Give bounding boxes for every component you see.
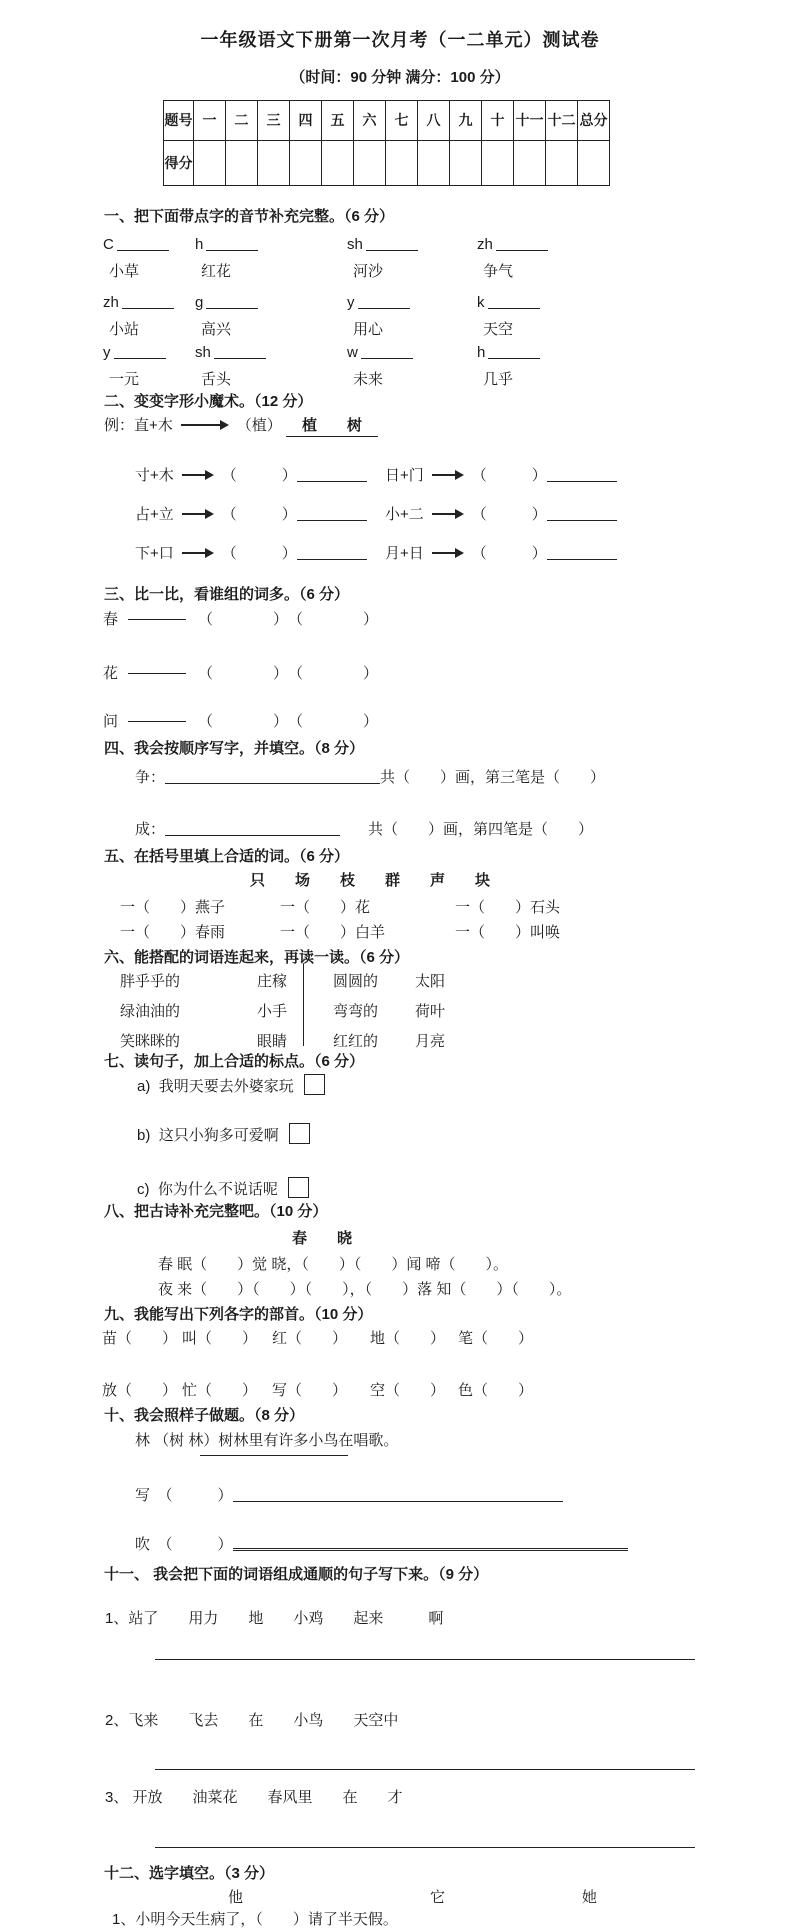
- word-label: 红花: [195, 260, 347, 281]
- magic-item: 日+门（ ）: [385, 464, 755, 485]
- word-label: 河沙: [347, 260, 477, 281]
- score-table-header-cell: 七: [386, 101, 418, 141]
- radical-item[interactable]: 放（ ）: [102, 1379, 182, 1400]
- score-cell[interactable]: [386, 141, 418, 186]
- radical-row: 放（ ） 忙（ ） 写（ ） 空（ ） 色（ ）: [102, 1379, 762, 1400]
- section-3-title: 三、比一比，看谁组的词多。（6 分）: [104, 583, 349, 604]
- adjective-right[interactable]: 弯弯的: [333, 1000, 415, 1021]
- section-2-title: 二、变变字形小魔术。（12 分）: [104, 390, 312, 411]
- magic-item: 小+二（ ）: [385, 503, 755, 524]
- arrow-icon: [182, 474, 212, 476]
- sentence-item: 写 （ ）: [135, 1484, 563, 1505]
- base-char: 春: [103, 611, 118, 628]
- sentence-text: 我明天要去外婆家玩: [159, 1078, 294, 1095]
- poem-line[interactable]: 春 眠（ ）觉 晓，（ ）（ ）闻 啼（ ）。: [158, 1253, 508, 1274]
- section-11-title: 十一、 我会把下面的词语组成通顺的句子写下来。（9 分）: [104, 1563, 488, 1584]
- score-cell[interactable]: [514, 141, 546, 186]
- adjective-right[interactable]: 红红的: [333, 1030, 415, 1051]
- score-table-header-cell: 三: [258, 101, 290, 141]
- word-label: 一元: [103, 368, 195, 389]
- answer-brackets[interactable]: （ ）: [472, 506, 547, 523]
- section-7-title: 七、读句子，加上合适的标点。（6 分）: [104, 1050, 364, 1071]
- word-label: 天空: [477, 318, 723, 339]
- answer-brackets[interactable]: （ ）: [222, 506, 297, 523]
- answer-line[interactable]: [547, 545, 617, 560]
- word-list: 2、飞来 飞去 在 小鸟 天空中: [105, 1709, 398, 1730]
- score-table-header-cell: 十二: [546, 101, 578, 141]
- answer-line[interactable]: [547, 467, 617, 482]
- pinyin-initial: g: [195, 294, 203, 311]
- noun-left[interactable]: 眼睛: [257, 1030, 333, 1051]
- pinyin-answer-blank[interactable]: [117, 236, 169, 251]
- sentence-text: 你为什么不说话呢: [158, 1181, 278, 1198]
- time-score-info: （时间：90 分钟 满分：100 分）: [0, 66, 800, 87]
- answer-brackets[interactable]: （ ）: [222, 545, 297, 562]
- magic-item: 月+日（ ）: [385, 542, 755, 563]
- matching-grid: 胖乎乎的庄稼圆圆的太阳 绿油油的小手弯弯的荷叶 笑眯眯的眼睛红红的月亮: [120, 970, 680, 1051]
- section-6-title: 六、能搭配的词语连起来，再读一读。（6 分）: [104, 946, 409, 967]
- score-table-header-cell: 总分: [578, 101, 610, 141]
- pronoun-choices: 他 它 她: [228, 1886, 648, 1907]
- pinyin-initial: w: [347, 344, 358, 361]
- answer-line[interactable]: [297, 506, 367, 521]
- radical-row: 苗（ ） 叫（ ） 红（ ） 地（ ） 笔（ ）: [102, 1327, 762, 1348]
- dash-line: [128, 721, 186, 722]
- punctuation-item: b) 这只小狗多可爱啊: [137, 1123, 310, 1145]
- pinyin-answer-blank[interactable]: [488, 344, 540, 359]
- target-char: 写: [135, 1487, 150, 1504]
- score-table-corner: 题号: [164, 101, 194, 141]
- arrow-icon: [432, 513, 462, 515]
- section-12-title: 十二、选字填空。（3 分）: [104, 1862, 274, 1883]
- punctuation-item: c) 你为什么不说话呢: [137, 1177, 309, 1199]
- word-label: 高兴: [195, 318, 347, 339]
- example-word: 植 树: [286, 417, 378, 437]
- char-expression: 日+门: [385, 467, 424, 484]
- pinyin-initial: k: [477, 294, 485, 311]
- word-building-item: 花（ ） （ ）: [103, 662, 378, 683]
- stroke-answer-line[interactable]: [165, 821, 340, 836]
- pinyin-initial: sh: [347, 236, 363, 253]
- answer-brackets[interactable]: （ ） （ ）: [198, 611, 378, 628]
- radical-item[interactable]: 地（ ）: [370, 1327, 458, 1348]
- arrow-icon: [182, 513, 212, 515]
- noun-left[interactable]: 小手: [257, 1000, 333, 1021]
- answer-brackets[interactable]: （ ）: [165, 1536, 233, 1553]
- measure-word-item[interactable]: 一（ ）白羊: [280, 921, 455, 942]
- pinyin-item: sh 河沙: [347, 236, 477, 281]
- pinyin-item: C 小草: [103, 236, 195, 281]
- char-expression: 小+二: [385, 506, 424, 523]
- score-table-header-cell: 五: [322, 101, 354, 141]
- pinyin-item: y 一元: [103, 344, 195, 389]
- answer-brackets[interactable]: （ ） （ ）: [198, 713, 378, 730]
- magic-items: 寸+木（ ） 日+门（ ） 占+立（ ） 小+二（ ） 下+口（ ） 月+日（ …: [135, 464, 755, 563]
- pinyin-initial: zh: [103, 294, 119, 311]
- pinyin-answer-blank[interactable]: [366, 236, 418, 251]
- question-number-row: 题号 一 二 三 四 五 六 七 八 九 十 十一 十二 总分: [164, 101, 610, 141]
- noun-right[interactable]: 荷叶: [415, 1000, 680, 1021]
- arrow-icon: [432, 552, 462, 554]
- arrow-icon: [432, 474, 462, 476]
- section-10-title: 十、我会照样子做题。（8 分）: [104, 1404, 304, 1425]
- word-building-item: 问（ ） （ ）: [103, 710, 378, 731]
- item-label: c): [137, 1181, 150, 1198]
- char-expression: 下+口: [135, 545, 174, 562]
- column-divider: [303, 964, 304, 1046]
- pronoun-choice[interactable]: 她: [582, 1886, 648, 1907]
- measure-word-row: 一（ ）春雨 一（ ）白羊 一（ ）叫唤: [120, 921, 760, 942]
- dash-line: [128, 619, 186, 620]
- pinyin-item: zh 小站: [103, 294, 195, 339]
- measure-word-item[interactable]: 一（ ）叫唤: [455, 921, 760, 942]
- score-table-header-cell: 九: [450, 101, 482, 141]
- pinyin-answer-blank[interactable]: [214, 344, 266, 359]
- char-expression: 寸+木: [135, 467, 174, 484]
- target-char: 吹: [135, 1536, 150, 1553]
- section-1-title: 一、把下面带点字的音节补充完整。（6 分）: [104, 205, 394, 226]
- answer-brackets[interactable]: （ ）: [222, 467, 297, 484]
- radical-item[interactable]: 写（ ）: [272, 1379, 370, 1400]
- char-expression: 月+日: [385, 545, 424, 562]
- section-4-title: 四、我会按顺序写字，并填空。（8 分）: [104, 737, 364, 758]
- stroke-question: 共（ ）画，第四笔是（ ）: [368, 821, 593, 838]
- pinyin-initial: sh: [195, 344, 211, 361]
- pinyin-initial: y: [347, 294, 355, 311]
- answer-line[interactable]: [297, 545, 367, 560]
- magic-item: 寸+木（ ）: [135, 464, 385, 485]
- score-cell[interactable]: [450, 141, 482, 186]
- pronoun-choice[interactable]: 他: [228, 1886, 430, 1907]
- item-label: b): [137, 1127, 150, 1144]
- pinyin-initial: C: [103, 236, 114, 253]
- score-cell[interactable]: [194, 141, 226, 186]
- score-cell[interactable]: [226, 141, 258, 186]
- adjective-left[interactable]: 绿油油的: [120, 1000, 257, 1021]
- answer-line[interactable]: [155, 1646, 695, 1660]
- pinyin-item: y 用心: [347, 294, 477, 339]
- pinyin-answer-blank[interactable]: [114, 344, 166, 359]
- example-underline: [200, 1446, 348, 1456]
- sentence-text: 这只小狗多可爱啊: [159, 1127, 279, 1144]
- pinyin-answer-blank[interactable]: [122, 294, 174, 309]
- pinyin-initial: h: [477, 344, 485, 361]
- answer-brackets[interactable]: （ ） （ ）: [198, 665, 378, 682]
- base-char: 花: [103, 665, 118, 682]
- word-label: 几乎: [477, 368, 723, 389]
- score-cell[interactable]: [482, 141, 514, 186]
- score-cell[interactable]: [322, 141, 354, 186]
- score-table-header-cell: 四: [290, 101, 322, 141]
- pinyin-answer-blank[interactable]: [496, 236, 548, 251]
- section-9-title: 九、我能写出下列各字的部首。（10 分）: [104, 1303, 372, 1324]
- radical-item[interactable]: 笔（ ）: [458, 1327, 762, 1348]
- page-title: 一年级语文下册第一次月考（一二单元）测试卷: [0, 26, 800, 52]
- word-label: 用心: [347, 318, 477, 339]
- pinyin-row: zh 小站 g 高兴 y 用心 k 天空: [103, 294, 723, 339]
- word-label: 争气: [477, 260, 723, 281]
- answer-line[interactable]: [155, 1756, 695, 1770]
- radical-item[interactable]: 苗（ ）: [102, 1327, 182, 1348]
- word-list: 1、站了 用力 地 小鸡 起来 啊: [105, 1607, 443, 1628]
- punctuation-box[interactable]: [288, 1177, 309, 1198]
- stroke-order-item: 争：共（ ）画，第三笔是（ ）: [135, 766, 605, 787]
- answer-line[interactable]: [155, 1834, 695, 1848]
- score-cell[interactable]: [578, 141, 610, 186]
- pinyin-item: g 高兴: [195, 294, 347, 339]
- score-cell[interactable]: [354, 141, 386, 186]
- noun-left[interactable]: 庄稼: [257, 970, 333, 991]
- dash-line: [128, 673, 186, 674]
- stroke-answer-line[interactable]: [165, 769, 380, 784]
- measure-word-item[interactable]: 一（ ）燕子: [120, 896, 280, 917]
- answer-brackets[interactable]: （ ）: [472, 467, 547, 484]
- word-label: 舌头: [195, 368, 347, 389]
- section-8-title: 八、把古诗补充完整吧。（10 分）: [104, 1200, 327, 1221]
- word-list: 3、 开放 油菜花 春风里 在 才: [105, 1786, 403, 1807]
- pinyin-answer-blank[interactable]: [206, 294, 258, 309]
- pinyin-item: k 天空: [477, 294, 723, 339]
- answer-line[interactable]: [547, 506, 617, 521]
- stroke-order-item: 成：共（ ）画，第四笔是（ ）: [135, 818, 593, 839]
- pinyin-item: sh 舌头: [195, 344, 347, 389]
- score-table-header-cell: 六: [354, 101, 386, 141]
- pinyin-initial: zh: [477, 236, 493, 253]
- arrow-icon: [181, 424, 227, 426]
- pinyin-item: h 几乎: [477, 344, 723, 389]
- noun-right[interactable]: 太阳: [415, 970, 680, 991]
- answer-line[interactable]: [297, 467, 367, 482]
- word-label: 小草: [103, 260, 195, 281]
- word-label: 未来: [347, 368, 477, 389]
- test-paper: { "header": { "title": "一年级语文下册第一次月考（一二单…: [0, 0, 800, 1932]
- score-table-header-cell: 十: [482, 101, 514, 141]
- magic-example: 例：直+木（植） 植 树: [104, 414, 378, 435]
- radical-item[interactable]: 色（ ）: [458, 1379, 762, 1400]
- pinyin-row: y 一元 sh 舌头 w 未来 h 几乎: [103, 344, 723, 389]
- measure-word-item[interactable]: 一（ ）花: [280, 896, 455, 917]
- score-cell[interactable]: [258, 141, 290, 186]
- pinyin-initial: h: [195, 236, 203, 253]
- score-table-header-cell: 十一: [514, 101, 546, 141]
- item-label: a): [137, 1078, 150, 1095]
- poem-title: 春 晓: [292, 1227, 352, 1248]
- pinyin-answer-blank[interactable]: [488, 294, 540, 309]
- answer-line[interactable]: [233, 1487, 563, 1502]
- target-char: 成：: [135, 821, 165, 838]
- pinyin-answer-blank[interactable]: [206, 236, 258, 251]
- score-table: 题号 一 二 三 四 五 六 七 八 九 十 十一 十二 总分 得分: [163, 100, 610, 186]
- score-cell[interactable]: [290, 141, 322, 186]
- pinyin-item: zh 争气: [477, 236, 723, 281]
- sentence-item: 吹 （ ）: [135, 1533, 628, 1554]
- base-char: 问: [103, 713, 118, 730]
- pinyin-item: w 未来: [347, 344, 477, 389]
- answer-line[interactable]: [233, 1536, 628, 1551]
- score-row: 得分: [164, 141, 610, 186]
- adjective-right[interactable]: 圆圆的: [333, 970, 415, 991]
- punctuation-item: a) 我明天要去外婆家玩: [137, 1074, 325, 1096]
- score-cell[interactable]: [546, 141, 578, 186]
- pinyin-answer-blank[interactable]: [358, 294, 410, 309]
- pinyin-row: C 小草 h 红花 sh 河沙 zh 争气: [103, 236, 723, 281]
- measure-word-item[interactable]: 一（ ）春雨: [120, 921, 280, 942]
- arrow-icon: [182, 552, 212, 554]
- radical-item[interactable]: 叫（ ）: [182, 1327, 272, 1348]
- score-table-header-cell: 二: [226, 101, 258, 141]
- pinyin-item: h 红花: [195, 236, 347, 281]
- example-answer: （植）: [237, 417, 282, 434]
- radical-item[interactable]: 红（ ）: [272, 1327, 370, 1348]
- magic-item: 下+口（ ）: [135, 542, 385, 563]
- noun-right[interactable]: 月亮: [415, 1030, 680, 1051]
- poem-line[interactable]: 夜 来（ ）（ ）（ ），（ ）落 知（ ）（ ）。: [158, 1278, 571, 1299]
- pinyin-answer-blank[interactable]: [361, 344, 413, 359]
- score-table-header-cell: 一: [194, 101, 226, 141]
- pronoun-choice[interactable]: 它: [430, 1886, 582, 1907]
- measure-word-item[interactable]: 一（ ）石头: [455, 896, 760, 917]
- adjective-left[interactable]: 胖乎乎的: [120, 970, 257, 991]
- adjective-left[interactable]: 笑眯眯的: [120, 1030, 257, 1051]
- measure-word-bank: 只 场 枝 群 声 块: [250, 869, 490, 890]
- fill-in-sentence[interactable]: 1、小明今天生病了，（ ）请了半天假。: [112, 1908, 398, 1929]
- score-row-label: 得分: [164, 141, 194, 186]
- radical-item[interactable]: 空（ ）: [370, 1379, 458, 1400]
- measure-word-row: 一（ ）燕子 一（ ）花 一（ ）石头: [120, 896, 760, 917]
- answer-brackets[interactable]: （ ）: [165, 1487, 233, 1504]
- target-char: 争：: [135, 769, 165, 786]
- radical-item[interactable]: 忙（ ）: [182, 1379, 272, 1400]
- pinyin-initial: y: [103, 344, 111, 361]
- word-label: 小站: [103, 318, 195, 339]
- example-expression: 例：直+木: [104, 417, 173, 434]
- magic-item: 占+立（ ）: [135, 503, 385, 524]
- section-5-title: 五、在括号里填上合适的词。（6 分）: [104, 845, 349, 866]
- char-expression: 占+立: [135, 506, 174, 523]
- punctuation-box[interactable]: [304, 1074, 325, 1095]
- punctuation-box[interactable]: [289, 1123, 310, 1144]
- score-cell[interactable]: [418, 141, 450, 186]
- answer-brackets[interactable]: （ ）: [472, 545, 547, 562]
- score-table-header-cell: 八: [418, 101, 450, 141]
- word-building-item: 春（ ） （ ）: [103, 608, 378, 629]
- stroke-question: 共（ ）画，第三笔是（ ）: [380, 769, 605, 786]
